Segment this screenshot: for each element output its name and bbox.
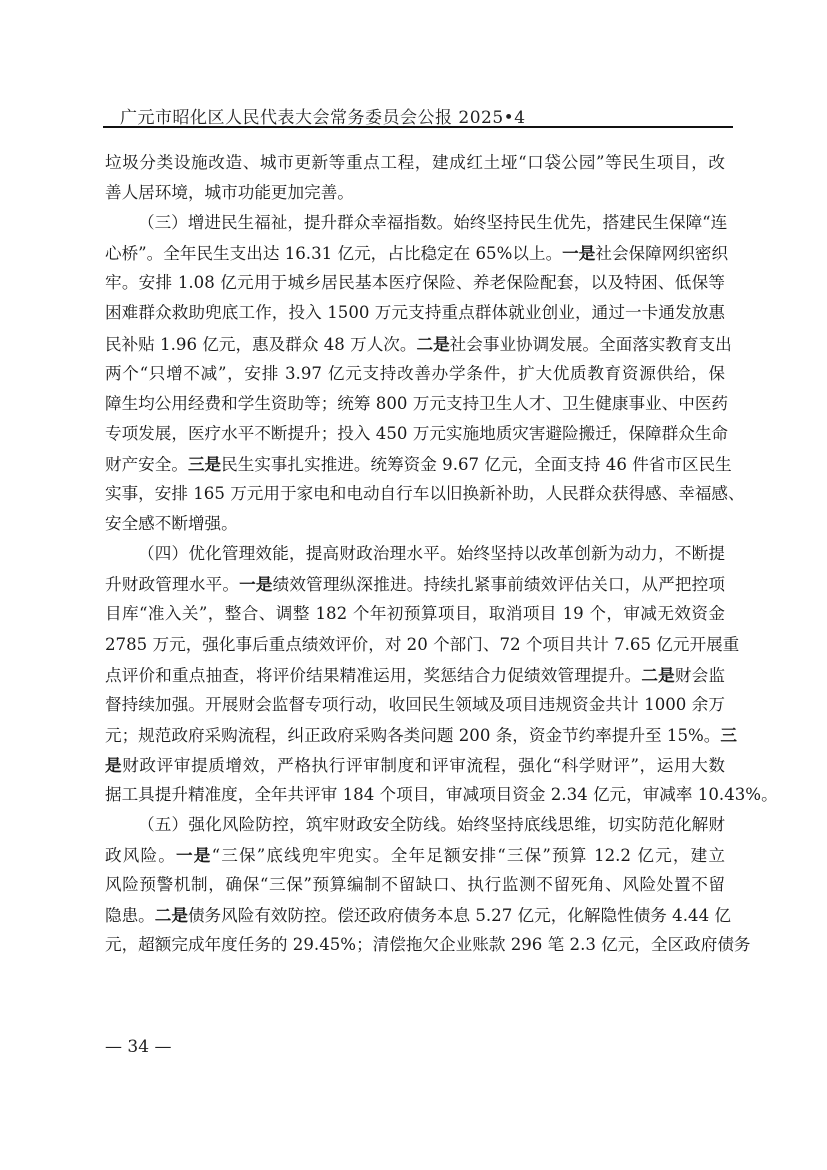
document-body: 垃圾分类设施改造、城市更新等重点工程，建成红土垭“口袋公园”等民生项目，改善人居… bbox=[105, 148, 725, 961]
text-line: 两个“只增不减”，安排 3.97 亿元支持改善办学条件，扩大优质教育资源供给，保 bbox=[105, 359, 725, 389]
text-line: 财产安全。三是民生实事扎实推进。统筹资金 9.67 亿元，全面支持 46 件省市… bbox=[105, 449, 725, 479]
text-segment: 财政评审提质增效，严格执行评审制度和评审流程，强化“科学财评”，运用大数 bbox=[122, 756, 725, 775]
text-segment: 元，超额完成年度任务的 29.45%；清偿拖欠企业账款 296 笔 2.3 亿元… bbox=[105, 935, 751, 954]
section-heading: （四）优化管理效能，提高财政治理水平。 bbox=[138, 544, 457, 563]
text-line: 目库“准入关”，整合、调整 182 个年初预算项目，取消项目 19 个，审减无效… bbox=[105, 599, 725, 629]
text-line: （三）增进民生福祉，提升群众幸福指数。始终坚持民生优先，搭建民生保障“连 bbox=[105, 208, 725, 238]
text-segment: 始终坚持民生优先，搭建民生保障“连 bbox=[453, 213, 727, 232]
text-segment: 点评价和重点抽查，将评价结果精准运用，奖惩结合力促绩效管理提升。 bbox=[105, 666, 641, 685]
text-line: 点评价和重点抽查，将评价结果精准运用，奖惩结合力促绩效管理提升。二是财会监 bbox=[105, 660, 725, 690]
text-line: 升财政管理水平。一是绩效管理纵深推进。持续扎紧事前绩效评估关口，从严把控项 bbox=[105, 569, 725, 599]
text-line: 专项发展，医疗水平不断提升；投入 450 万元实施地质灾害避险搬迁，保障群众生命 bbox=[105, 419, 725, 449]
section-heading: （五）强化风险防控，筑牢财政安全防线。 bbox=[138, 815, 457, 834]
text-segment: 绩效管理纵深推进。持续扎紧事前绩效评估关口，从严把控项 bbox=[273, 575, 725, 594]
header-divider bbox=[103, 126, 733, 128]
text-line: 2785 万元，强化事后重点绩效评价，对 20 个部门、72 个项目共计 7.6… bbox=[105, 630, 725, 660]
text-segment: 社会事业协调发展。全面落实教育支出 bbox=[450, 335, 732, 354]
text-segment: 督持续加强。开展财会监督专项行动，收回民生领域及项目违规资金共计 1000 余万 bbox=[105, 695, 725, 714]
text-segment: 民补贴 1.96 亿元，惠及群众 48 万人次。 bbox=[105, 335, 416, 354]
bold-marker: 是 bbox=[105, 755, 122, 775]
text-line: 隐患。二是债务风险有效防控。偿还政府债务本息 5.27 亿元，化解隐性债务 4.… bbox=[105, 900, 725, 930]
text-segment: 始终坚持底线思维，切实防范化解财 bbox=[457, 815, 725, 834]
text-segment: 专项发展，医疗水平不断提升；投入 450 万元实施地质灾害避险搬迁，保障群众生命 bbox=[105, 424, 728, 443]
bold-marker: 二是 bbox=[155, 905, 188, 925]
text-segment: 障生均公用经费和学生资助等；统筹 800 万元支持卫生人才、卫生健康事业、中医药 bbox=[105, 394, 728, 413]
text-segment: 2785 万元，强化事后重点绩效评价，对 20 个部门、72 个项目共计 7.6… bbox=[105, 635, 739, 654]
text-segment: 政风险。 bbox=[105, 846, 176, 865]
text-line: 安全感不断增强。 bbox=[105, 509, 725, 539]
text-segment: 债务风险有效防控。偿还政府债务本息 5.27 亿元，化解隐性债务 4.44 亿 bbox=[188, 906, 731, 925]
text-line: 政风险。一是“三保”底线兜牢兜实。全年足额安排“三保”预算 12.2 亿元，建立 bbox=[105, 840, 725, 870]
text-segment: 困难群众救助兜底工作，投入 1500 万元支持重点群体就业创业，通过一卡通发放惠 bbox=[105, 303, 725, 322]
text-line: 心桥”。全年民生支出达 16.31 亿元，占比稳定在 65%以上。一是社会保障网… bbox=[105, 238, 725, 268]
text-segment: 心桥”。全年民生支出达 16.31 亿元，占比稳定在 65%以上。 bbox=[105, 244, 562, 263]
text-line: 民补贴 1.96 亿元，惠及群众 48 万人次。二是社会事业协调发展。全面落实教… bbox=[105, 329, 725, 359]
text-segment: 始终坚持以改革创新为动力，不断提 bbox=[457, 544, 725, 563]
bold-marker: 二是 bbox=[416, 334, 449, 354]
page-number: — 34 — bbox=[105, 1037, 171, 1057]
text-segment: 升财政管理水平。 bbox=[105, 575, 239, 594]
section-heading: （三）增进民生福祉，提升群众幸福指数。 bbox=[138, 213, 453, 232]
text-segment: 牢。安排 1.08 亿元用于城乡居民基本医疗保险、养老保险配套，以及特困、低保等 bbox=[105, 273, 725, 292]
text-line: 据工具提升精准度，全年共评审 184 个项目，审减项目资金 2.34 亿元，审减… bbox=[105, 780, 725, 810]
text-segment: 隐患。 bbox=[105, 906, 155, 925]
text-line: 垃圾分类设施改造、城市更新等重点工程，建成红土垭“口袋公园”等民生项目，改 bbox=[105, 148, 725, 178]
text-segment: 两个“只增不减”，安排 3.97 亿元支持改善办学条件，扩大优质教育资源供给，保 bbox=[105, 364, 725, 383]
text-segment: 实事，安排 165 万元用于家电和电动自行车以旧换新补助，人民群众获得感、幸福感… bbox=[105, 484, 745, 503]
text-segment: 据工具提升精准度，全年共评审 184 个项目，审减项目资金 2.34 亿元，审减… bbox=[105, 785, 778, 804]
text-segment: 风险预警机制，确保“三保”预算编制不留缺口、执行监测不留死角、风险处置不留 bbox=[105, 875, 725, 894]
text-line: 元，超额完成年度任务的 29.45%；清偿拖欠企业账款 296 笔 2.3 亿元… bbox=[105, 930, 725, 960]
bold-marker: 一是 bbox=[562, 243, 595, 263]
text-segment: 社会保障网织密织 bbox=[595, 244, 728, 263]
text-line: 障生均公用经费和学生资助等；统筹 800 万元支持卫生人才、卫生健康事业、中医药 bbox=[105, 389, 725, 419]
text-segment: 财产安全。 bbox=[105, 455, 188, 474]
bold-marker: 一是 bbox=[239, 574, 273, 594]
bold-marker: 一是 bbox=[176, 845, 212, 865]
text-line: 督持续加强。开展财会监督专项行动，收回民生领域及项目违规资金共计 1000 余万 bbox=[105, 690, 725, 720]
text-line: 风险预警机制，确保“三保”预算编制不留缺口、执行监测不留死角、风险处置不留 bbox=[105, 870, 725, 900]
text-line: 元；规范政府采购流程，纠正政府采购各类问题 200 条，资金节约率提升至 15%… bbox=[105, 720, 725, 750]
text-line: 牢。安排 1.08 亿元用于城乡居民基本医疗保险、养老保险配套，以及特困、低保等 bbox=[105, 268, 725, 298]
bold-marker: 二是 bbox=[641, 665, 675, 685]
text-line: 善人居环境，城市功能更加完善。 bbox=[105, 178, 725, 208]
text-segment: 元；规范政府采购流程，纠正政府采购各类问题 200 条，资金节约率提升至 15%… bbox=[105, 726, 720, 745]
text-segment: 民生实事扎实推进。统筹资金 9.67 亿元，全面支持 46 件省市区民生 bbox=[221, 455, 732, 474]
text-line: 实事，安排 165 万元用于家电和电动自行车以旧换新补助，人民群众获得感、幸福感… bbox=[105, 479, 725, 509]
text-line: 困难群众救助兜底工作，投入 1500 万元支持重点群体就业创业，通过一卡通发放惠 bbox=[105, 298, 725, 328]
bulletin-header-title: 广元市昭化区人民代表大会常务委员会公报 2025•4 bbox=[120, 103, 526, 128]
text-segment: 垃圾分类设施改造、城市更新等重点工程，建成红土垭“口袋公园”等民生项目，改 bbox=[105, 153, 725, 172]
bold-marker: 三是 bbox=[188, 454, 221, 474]
text-segment: 财会监 bbox=[675, 666, 725, 685]
text-line: （四）优化管理效能，提高财政治理水平。始终坚持以改革创新为动力，不断提 bbox=[105, 539, 725, 569]
bold-marker: 三 bbox=[720, 725, 737, 745]
text-segment: “三保”底线兜牢兜实。全年足额安排“三保”预算 12.2 亿元，建立 bbox=[212, 846, 725, 865]
text-segment: 安全感不断增强。 bbox=[105, 514, 238, 533]
text-segment: 目库“准入关”，整合、调整 182 个年初预算项目，取消项目 19 个，审减无效… bbox=[105, 604, 725, 623]
text-line: 是财政评审提质增效，严格执行评审制度和评审流程，强化“科学财评”，运用大数 bbox=[105, 750, 725, 780]
text-segment: 善人居环境，城市功能更加完善。 bbox=[105, 183, 354, 202]
text-line: （五）强化风险防控，筑牢财政安全防线。始终坚持底线思维，切实防范化解财 bbox=[105, 810, 725, 840]
